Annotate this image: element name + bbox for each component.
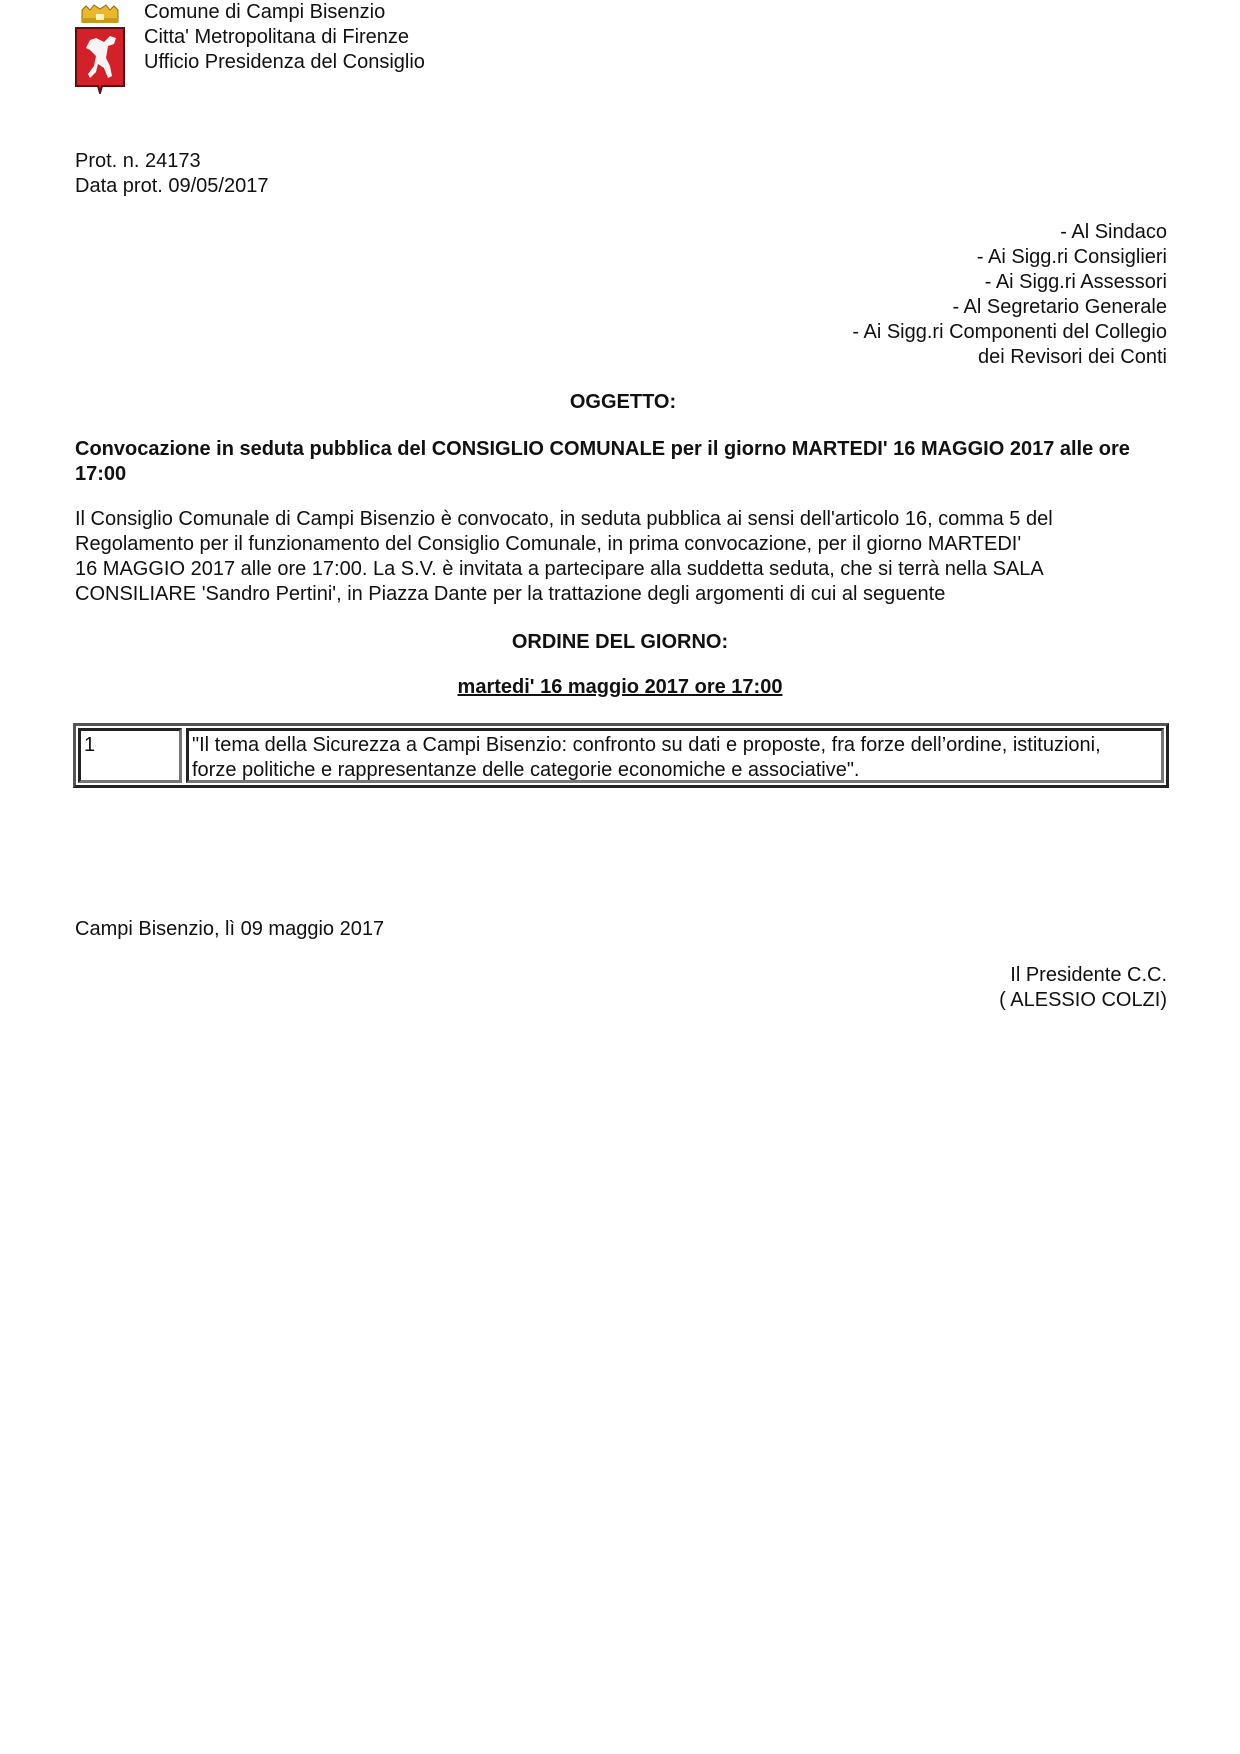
agenda-item-text: "Il tema della Sicurezza a Campi Bisenzi… [186,728,1164,783]
body-line: 16 MAGGIO 2017 alle ore 17:00. La S.V. è… [75,557,1175,582]
office-name: Ufficio Presidenza del Consiglio [144,50,425,75]
protocol-date: Data prot. 09/05/2017 [75,174,268,199]
signatory-name: ( ALESSIO COLZI) [999,988,1167,1013]
metropolitan-city: Citta' Metropolitana di Firenze [144,25,425,50]
protocol-block: Prot. n. 24173 Data prot. 09/05/2017 [75,149,268,199]
recipient: - Ai Sigg.ri Componenti del Collegio [852,320,1167,345]
agenda-item-line: forze politiche e rappresentanze delle c… [192,758,1158,783]
recipient: - Al Sindaco [852,220,1167,245]
body-line: CONSILIARE 'Sandro Pertini', in Piazza D… [75,582,1175,607]
agenda-title: ORDINE DEL GIORNO: [0,630,1240,655]
municipality-name: Comune di Campi Bisenzio [144,0,425,25]
agenda-table: 1 "Il tema della Sicurezza a Campi Bisen… [73,723,1169,788]
subject-label-text: OGGETTO: [570,391,676,413]
recipient: - Al Segretario Generale [852,295,1167,320]
subject-text: Convocazione in seduta pubblica del CONS… [75,437,1175,487]
agenda-item-number: 1 [78,728,182,783]
body-line: Il Consiglio Comunale di Campi Bisenzio … [75,507,1175,532]
recipients-list: - Al Sindaco - Ai Sigg.ri Consiglieri - … [852,220,1167,370]
recipient: dei Revisori dei Conti [852,345,1167,370]
coat-of-arms-icon [74,2,126,94]
letterhead: Comune di Campi Bisenzio Citta' Metropol… [144,0,425,75]
protocol-number: Prot. n. 24173 [75,149,268,174]
recipient: - Ai Sigg.ri Consiglieri [852,245,1167,270]
signatory-role: Il Presidente C.C. [999,963,1167,988]
agenda-date: martedi' 16 maggio 2017 ore 17:00 [0,675,1240,700]
agenda-item-line: "Il tema della Sicurezza a Campi Bisenzi… [192,733,1158,758]
body-line: Regolamento per il funzionamento del Con… [75,532,1175,557]
subject-label: OGGETTO: [0,390,1240,415]
recipient: - Ai Sigg.ri Assessori [852,270,1167,295]
place-date: Campi Bisenzio, lì 09 maggio 2017 [75,917,384,942]
signature-block: Il Presidente C.C. ( ALESSIO COLZI) [999,963,1167,1013]
convocation-body: Il Consiglio Comunale di Campi Bisenzio … [75,507,1175,607]
